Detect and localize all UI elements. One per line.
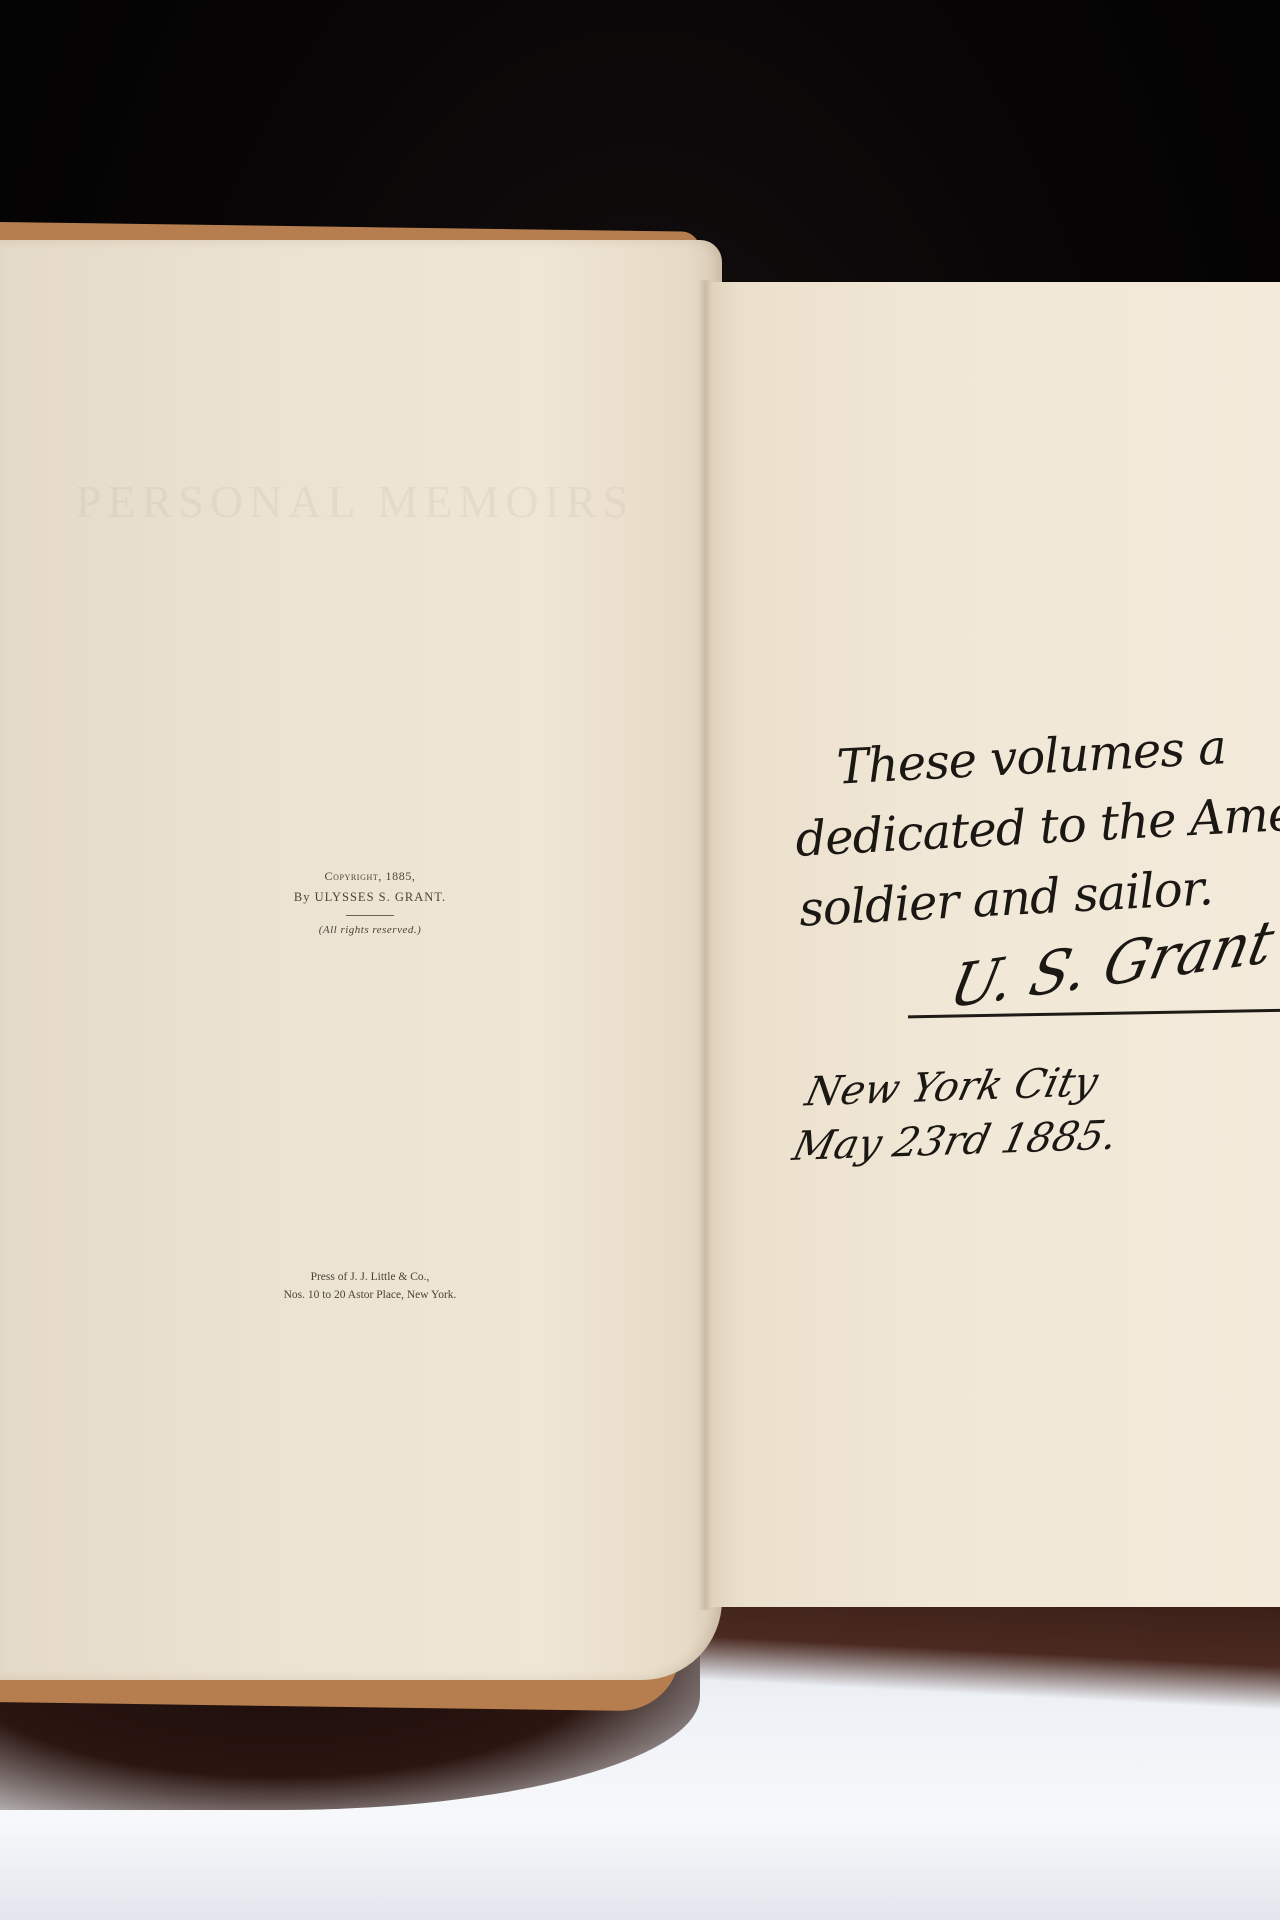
rights-reserved: (All rights reserved.) [240, 924, 500, 936]
place-and-date: New York City May 23rd 1885. [788, 1054, 1136, 1174]
copyright-notice: Copyright, 1885, By ULYSSES S. GRANT. (A… [240, 866, 500, 936]
press-name: Press of J. J. Little & Co., [230, 1268, 510, 1286]
copyright-author: By ULYSSES S. GRANT. [240, 886, 500, 908]
press-address: Nos. 10 to 20 Astor Place, New York. [230, 1286, 510, 1304]
copyright-year: Copyright, 1885, [240, 866, 500, 886]
handwritten-dedication: These volumes a dedicated to the Americ … [790, 709, 1280, 944]
left-page [0, 240, 722, 1680]
printer-imprint: Press of J. J. Little & Co., Nos. 10 to … [230, 1268, 510, 1304]
divider [346, 915, 394, 916]
show-through-title: PERSONAL MEMOIRS [30, 475, 680, 528]
book-gutter [698, 280, 712, 1610]
